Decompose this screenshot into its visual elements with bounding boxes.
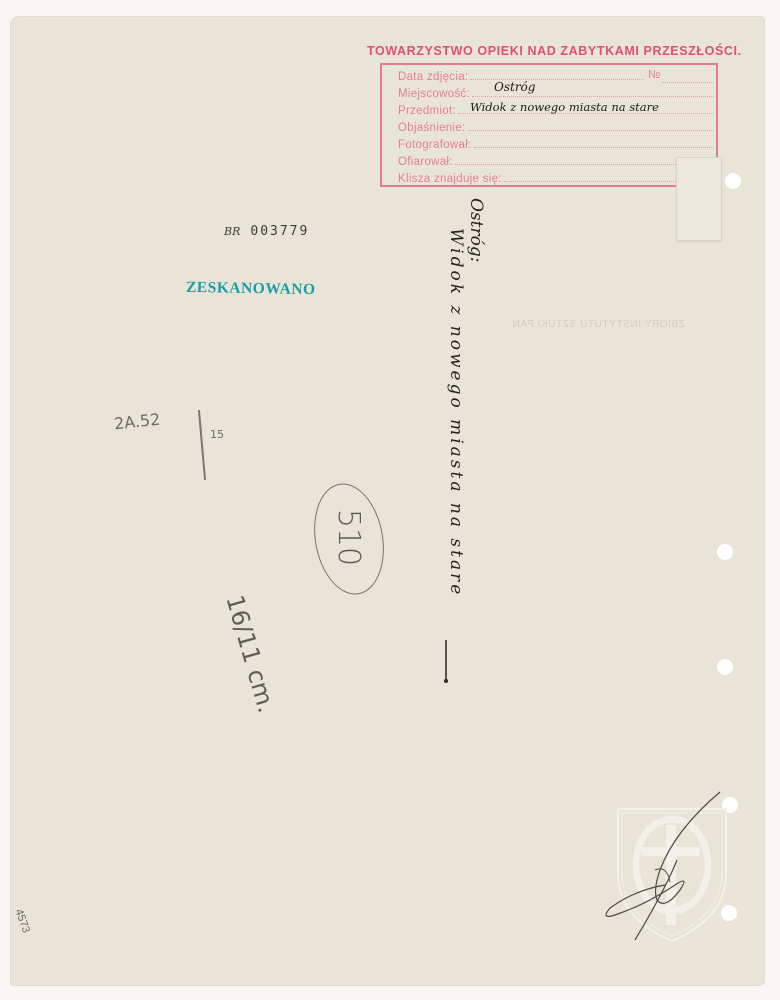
inventory-prefix: BR (224, 225, 240, 238)
field-line (468, 129, 714, 131)
field-label: Klisza znajduje się: (398, 173, 502, 185)
field-subject: Przedmiot: Widok z nowego miasta na star… (398, 101, 714, 117)
field-label: Miejscowość: (398, 88, 470, 100)
pencil-signature (595, 790, 745, 950)
field-label: Ofiarował: (398, 156, 453, 168)
field-line (472, 95, 714, 97)
inventory-stamp: BR003779 (224, 224, 309, 239)
scanned-stamp: ZESKANOWANO (186, 279, 316, 299)
pencil-fraction-note: 15 (210, 428, 224, 441)
punch-hole (717, 659, 733, 675)
circled-number: 510 (331, 509, 366, 566)
field-donor: Ofiarował: (398, 152, 678, 168)
ink-inscription-subject: Widok z nowego miasta na stare (446, 228, 466, 597)
ink-flourish (444, 640, 448, 684)
field-label: Data zdjęcia: (398, 71, 468, 83)
field-photographer: Fotografował: (398, 135, 714, 151)
number-label: № (648, 69, 660, 81)
punch-hole (725, 173, 741, 189)
field-value-handwritten: Widok z nowego miasta na stare (470, 100, 659, 114)
field-line (474, 146, 714, 148)
field-explanation: Objaśnienie: (398, 118, 714, 134)
field-line (504, 180, 678, 182)
field-label: Przedmiot: (398, 105, 456, 117)
paper-patch (676, 157, 722, 241)
field-location: Miejscowość: Ostróg (398, 84, 714, 100)
field-line (455, 163, 678, 165)
field-value-handwritten: Ostróg (494, 80, 535, 94)
field-negative: Klisza znajduje się: (398, 169, 678, 185)
field-label: Fotografował: (398, 139, 472, 151)
punch-hole (717, 544, 733, 560)
ink-inscription-place: Ostróg: (466, 198, 486, 262)
organization-title: TOWARZYSTWO OPIEKI NAD ZABYTKAMI PRZESZŁ… (367, 44, 742, 58)
number-field-line (662, 82, 714, 83)
collection-stamp-mirrored: ZBIORY INSTYTUTU SZTUKI PAN (512, 319, 685, 330)
inventory-number: 003779 (250, 224, 309, 239)
field-label: Objaśnienie: (398, 122, 466, 134)
